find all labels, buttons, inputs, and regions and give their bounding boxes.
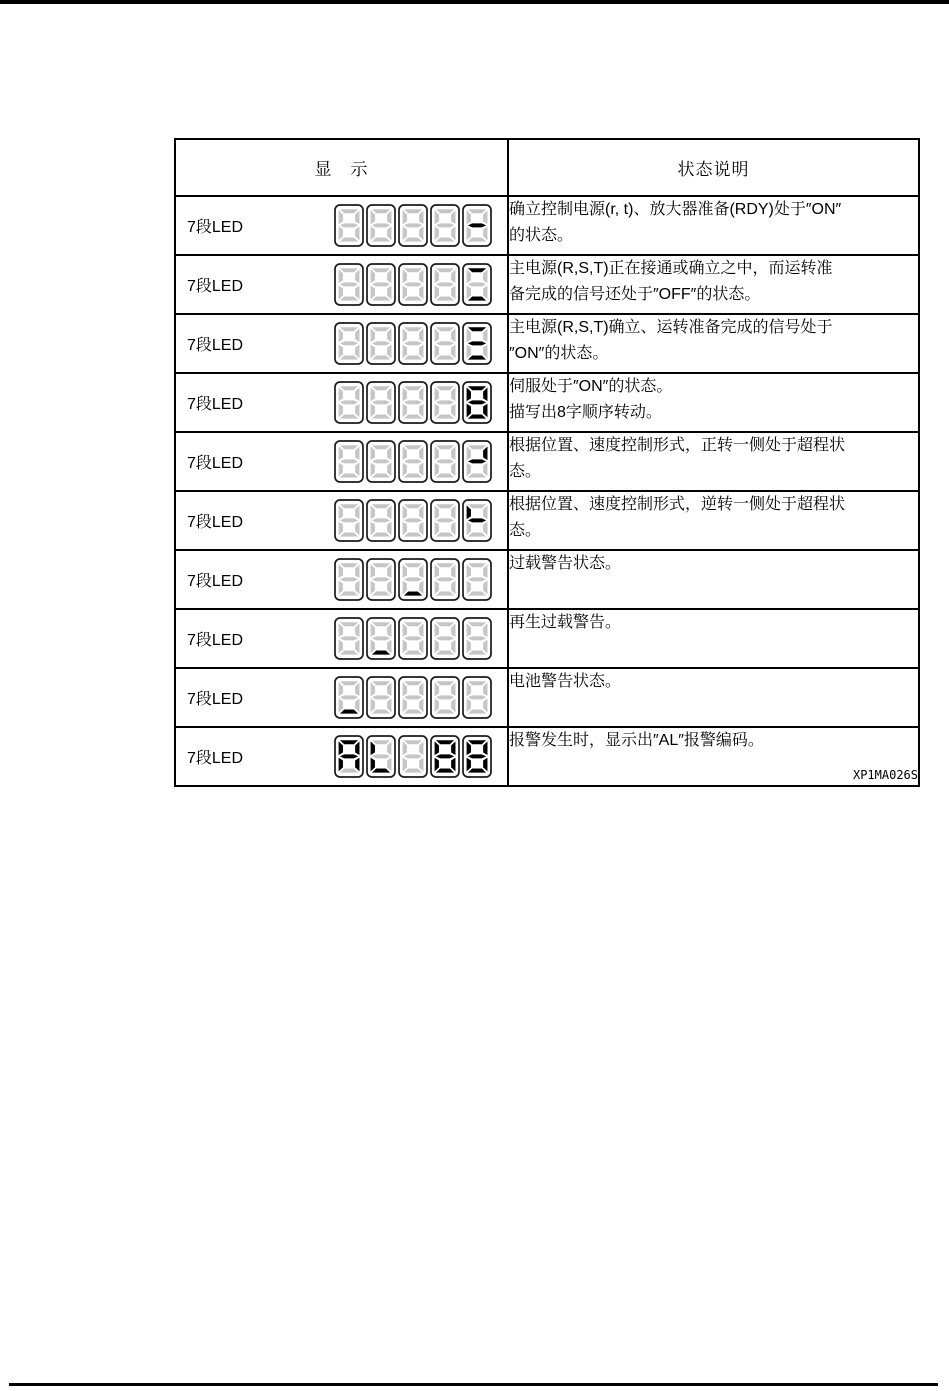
led-digit (462, 263, 492, 306)
led-digit (398, 322, 428, 365)
display-cell-layout: 7段LED (176, 374, 507, 431)
led-digit (334, 499, 364, 542)
display-cell: 7段LED (175, 668, 508, 727)
seven-segment-led-display (334, 558, 492, 601)
seven-segment-led-display (334, 676, 492, 719)
figure-code: XP1MA026S (174, 768, 918, 782)
display-cell-layout: 7段LED (176, 551, 507, 608)
column-header-display: 显 示 (175, 139, 508, 196)
led-digit (462, 617, 492, 660)
table-row: 7段LED 伺服处于″ON″的状态。 描写出8字顺序转动。 (175, 373, 919, 432)
led-digit (462, 322, 492, 365)
seven-segment-led-display (334, 440, 492, 483)
display-cell-layout: 7段LED (176, 256, 507, 313)
led-digit (398, 204, 428, 247)
led-digit (366, 381, 396, 424)
row-label: 7段LED (187, 686, 243, 709)
status-description: 再生过载警告。 (508, 609, 919, 668)
status-description: 过载警告状态。 (508, 550, 919, 609)
led-digit (334, 676, 364, 719)
status-description: 确立控制电源(r, t)、放大器准备(RDY)处于″ON″ 的状态。 (508, 196, 919, 255)
table-row: 7段LED 主电源(R,S,T)正在接通或确立之中，而运转准 备完成的信号还处于… (175, 255, 919, 314)
row-label: 7段LED (187, 391, 243, 414)
table-row: 7段LED 再生过载警告。 (175, 609, 919, 668)
table-header-row: 显 示 状态说明 (175, 139, 919, 196)
led-digit (430, 676, 460, 719)
led-digit (398, 499, 428, 542)
led-digit (462, 558, 492, 601)
display-cell-layout: 7段LED (176, 315, 507, 372)
led-digit (430, 440, 460, 483)
page-bottom-rule (9, 1383, 938, 1386)
status-description: 伺服处于″ON″的状态。 描写出8字顺序转动。 (508, 373, 919, 432)
display-cell: 7段LED (175, 314, 508, 373)
led-digit (398, 558, 428, 601)
seven-segment-led-display (334, 499, 492, 542)
table-row: 7段LED 过载警告状态。 (175, 550, 919, 609)
display-cell-layout: 7段LED (176, 197, 507, 254)
row-label: 7段LED (187, 568, 243, 591)
seven-segment-led-display (334, 204, 492, 247)
page-top-rule (0, 0, 949, 4)
display-cell-layout: 7段LED (176, 492, 507, 549)
led-digit (430, 381, 460, 424)
led-digit (398, 440, 428, 483)
row-label: 7段LED (187, 450, 243, 473)
table-row: 7段LED 电池警告状态。 (175, 668, 919, 727)
led-digit (462, 204, 492, 247)
display-cell-layout: 7段LED (176, 610, 507, 667)
row-label: 7段LED (187, 332, 243, 355)
led-digit (430, 499, 460, 542)
status-description: 根据位置、速度控制形式，逆转一侧处于超程状 态。 (508, 491, 919, 550)
row-label: 7段LED (187, 509, 243, 532)
led-digit (366, 440, 396, 483)
seven-segment-led-display (334, 381, 492, 424)
led-digit (430, 204, 460, 247)
table-row: 7段LED 确立控制电源(r, t)、放大器准备(RDY)处于″ON″ 的状态。 (175, 196, 919, 255)
row-label: 7段LED (187, 214, 243, 237)
led-digit (462, 381, 492, 424)
led-digit (398, 381, 428, 424)
manual-page: 显 示 状态说明 7段LED 确立控制电源(r, t)、放大器准备(RDY)处于… (0, 0, 949, 1391)
led-digit (334, 204, 364, 247)
seven-segment-led-display (334, 617, 492, 660)
led-digit (462, 676, 492, 719)
led-digit (334, 440, 364, 483)
column-header-status: 状态说明 (508, 139, 919, 196)
led-digit (430, 263, 460, 306)
row-label: 7段LED (187, 745, 243, 768)
display-cell: 7段LED (175, 609, 508, 668)
led-digit (462, 440, 492, 483)
led-digit (462, 499, 492, 542)
display-cell: 7段LED (175, 491, 508, 550)
led-status-table: 显 示 状态说明 7段LED 确立控制电源(r, t)、放大器准备(RDY)处于… (174, 138, 920, 787)
table-row: 7段LED 主电源(R,S,T)确立、运转准备完成的信号处于 ″ON″的状态。 (175, 314, 919, 373)
led-digit (430, 617, 460, 660)
led-digit (366, 204, 396, 247)
display-cell: 7段LED (175, 432, 508, 491)
display-cell: 7段LED (175, 196, 508, 255)
status-description: 根据位置、速度控制形式，正转一侧处于超程状 态。 (508, 432, 919, 491)
led-digit (334, 263, 364, 306)
led-digit (366, 322, 396, 365)
status-description: 主电源(R,S,T)正在接通或确立之中，而运转准 备完成的信号还处于″OFF″的… (508, 255, 919, 314)
display-cell: 7段LED (175, 550, 508, 609)
status-description: 主电源(R,S,T)确立、运转准备完成的信号处于 ″ON″的状态。 (508, 314, 919, 373)
led-digit (398, 617, 428, 660)
led-digit (430, 322, 460, 365)
led-digit (366, 558, 396, 601)
display-cell-layout: 7段LED (176, 433, 507, 490)
row-label: 7段LED (187, 627, 243, 650)
seven-segment-led-display (334, 322, 492, 365)
status-description: 电池警告状态。 (508, 668, 919, 727)
table-row: 7段LED 根据位置、速度控制形式，正转一侧处于超程状 态。 (175, 432, 919, 491)
led-digit (334, 558, 364, 601)
display-cell: 7段LED (175, 373, 508, 432)
led-table-body: 7段LED 确立控制电源(r, t)、放大器准备(RDY)处于″ON″ 的状态。… (175, 196, 919, 786)
led-digit (366, 263, 396, 306)
row-label: 7段LED (187, 273, 243, 296)
led-digit (334, 617, 364, 660)
display-cell: 7段LED (175, 255, 508, 314)
led-digit (366, 499, 396, 542)
led-digit (366, 617, 396, 660)
led-digit (430, 558, 460, 601)
led-digit (398, 263, 428, 306)
led-digit (398, 676, 428, 719)
display-cell-layout: 7段LED (176, 669, 507, 726)
led-digit (366, 676, 396, 719)
led-digit (334, 381, 364, 424)
led-digit (334, 322, 364, 365)
table-row: 7段LED 根据位置、速度控制形式，逆转一侧处于超程状 态。 (175, 491, 919, 550)
seven-segment-led-display (334, 263, 492, 306)
